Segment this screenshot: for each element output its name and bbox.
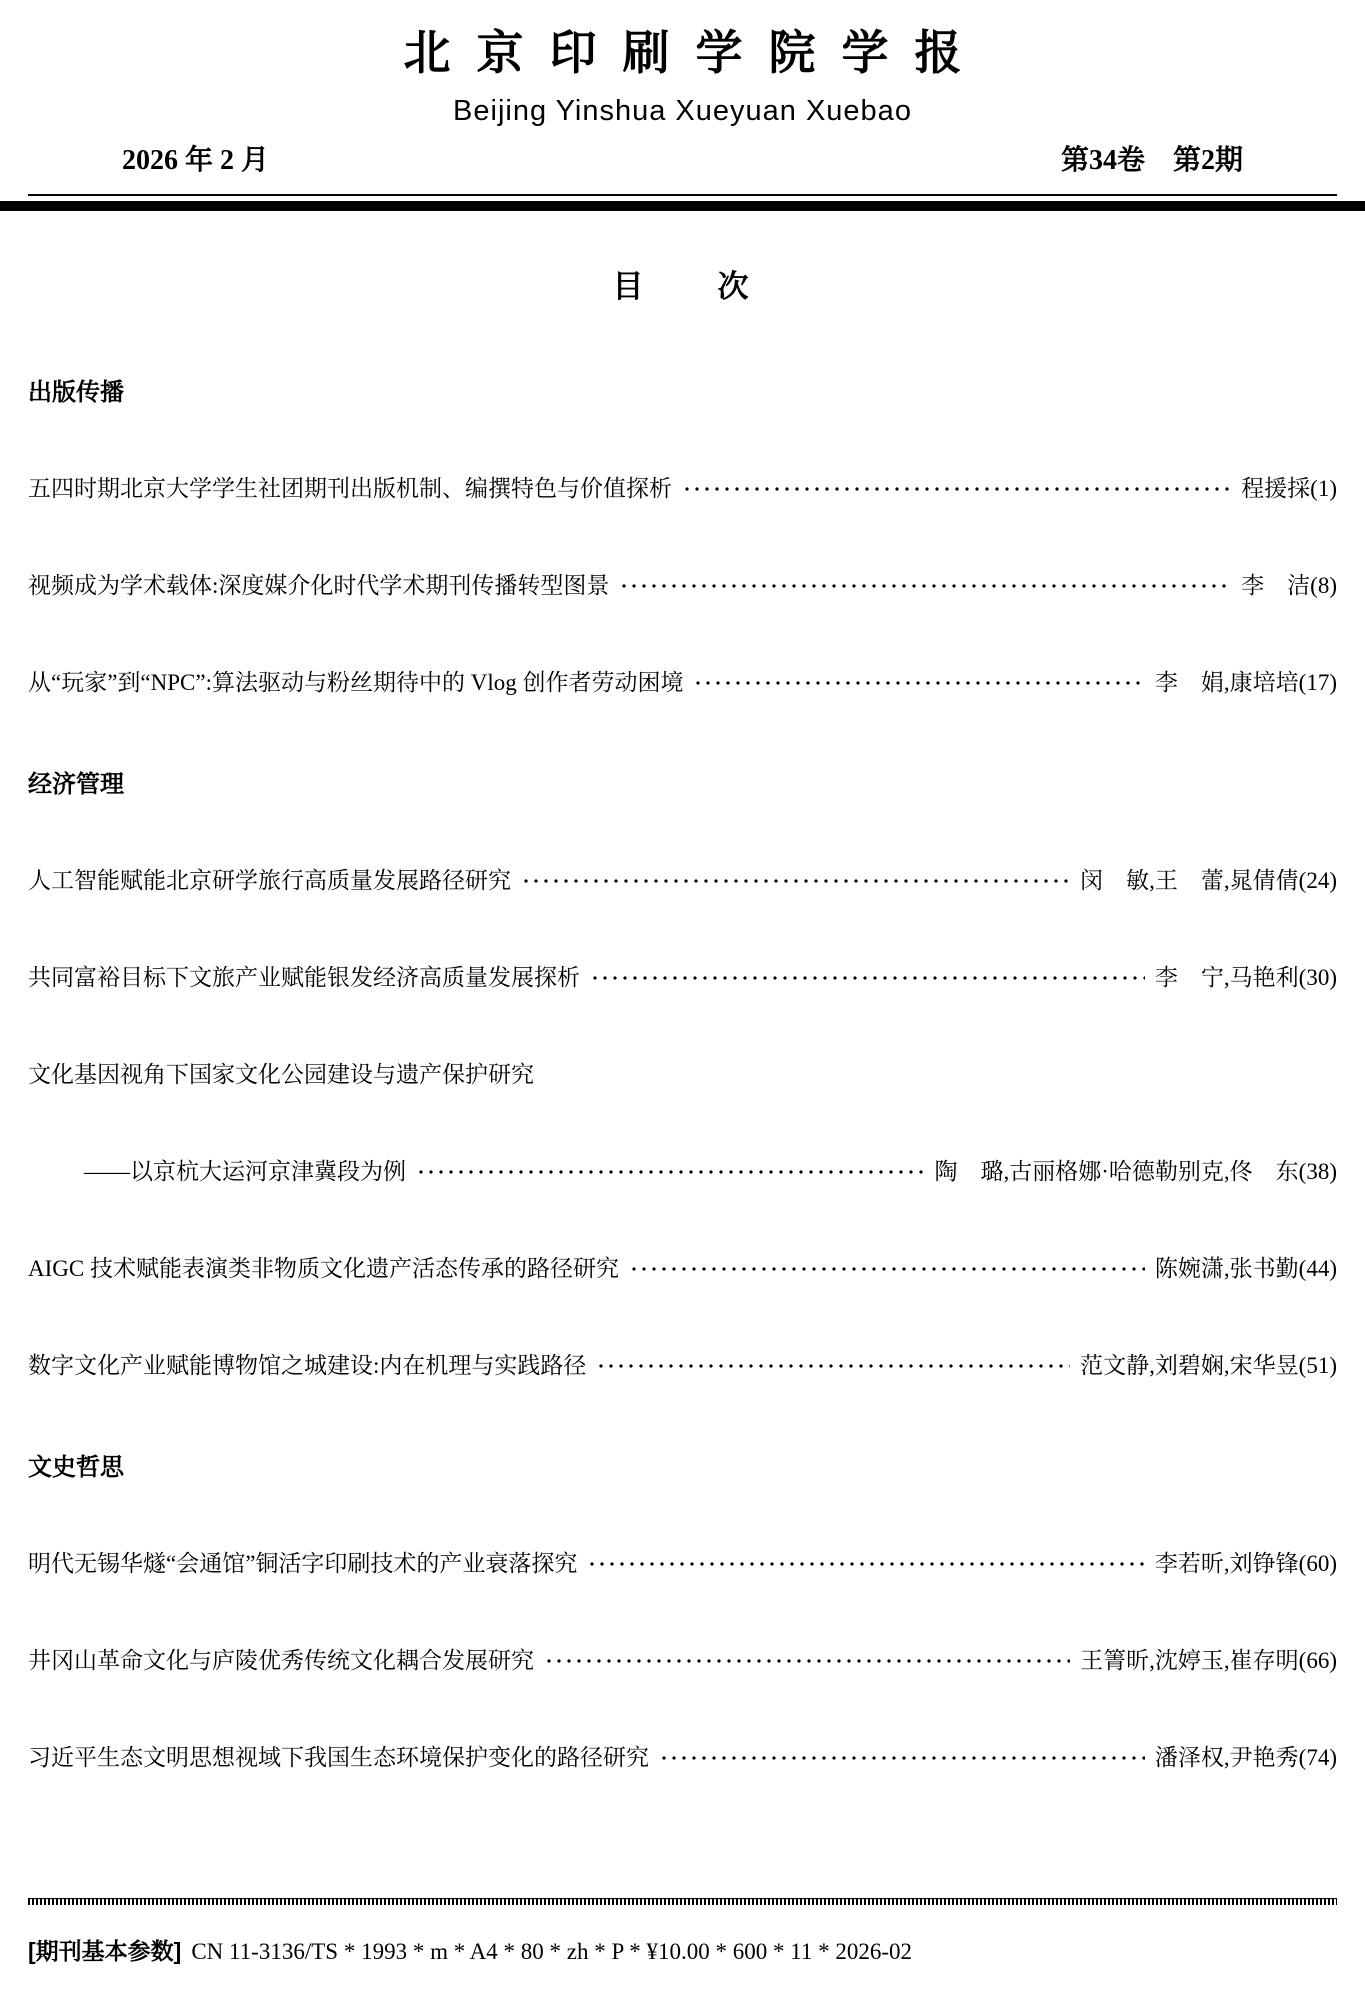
toc-entry: 视频成为学术载体:深度媒介化时代学术期刊传播转型图景 李 洁(8): [28, 570, 1337, 601]
dot-leader: [682, 473, 1231, 504]
section-heading-publishing: 出版传播: [28, 372, 1337, 407]
header-rule-thick: [0, 201, 1365, 211]
dot-leader: [416, 1156, 925, 1187]
entry-title: 文化基因视角下国家文化公园建设与遗产保护研究: [28, 1059, 534, 1090]
dot-leader: [587, 1548, 1145, 1579]
entry-title: 共同富裕目标下文旅产业赋能银发经济高质量发展探析: [28, 962, 580, 993]
toc: 出版传播 五四时期北京大学学生社团期刊出版机制、编撰特色与价值探析 程援採(1)…: [0, 372, 1365, 1773]
toc-entry-title-only: 文化基因视角下国家文化公园建设与遗产保护研究: [28, 1059, 1337, 1090]
entry-title: 人工智能赋能北京研学旅行高质量发展路径研究: [28, 865, 511, 896]
toc-entry: 明代无锡华燧“会通馆”铜活字印刷技术的产业衰落探究 李若昕,刘铮锋(60): [28, 1548, 1337, 1579]
header-rule-thin: [28, 194, 1337, 196]
dot-leader: [659, 1742, 1145, 1773]
toc-entry: 共同富裕目标下文旅产业赋能银发经济高质量发展探析 李 宁,马艳利(30): [28, 962, 1337, 993]
entry-authors: 李 娟,康培培(17): [1155, 667, 1337, 698]
journal-params: [期刊基本参数] CN 11-3136/TS * 1993 * m * A4 *…: [28, 1933, 1337, 1966]
entry-title: 井冈山革命文化与庐陵优秀传统文化耦合发展研究: [28, 1645, 534, 1676]
issue-dateline: 2026 年 2 月 第34卷 第2期: [0, 138, 1365, 178]
dot-leader: [596, 1350, 1070, 1381]
issue-date: 2026 年 2 月: [122, 138, 269, 178]
entry-authors: 李 洁(8): [1241, 570, 1337, 601]
dot-leader: [693, 667, 1144, 698]
entry-title: 视频成为学术载体:深度媒介化时代学术期刊传播转型图景: [28, 570, 609, 601]
footer-rule: [28, 1898, 1337, 1905]
entry-title: 习近平生态文明思想视域下我国生态环境保护变化的路径研究: [28, 1742, 649, 1773]
toc-entry: 从“玩家”到“NPC”:算法驱动与粉丝期待中的 Vlog 创作者劳动困境 李 娟…: [28, 667, 1337, 698]
dot-leader: [629, 1253, 1145, 1284]
journal-params-label: [期刊基本参数]: [28, 1933, 181, 1966]
journal-footer: [期刊基本参数] CN 11-3136/TS * 1993 * m * A4 *…: [28, 1898, 1337, 1966]
entry-title: ——以京杭大运河京津冀段为例: [84, 1156, 406, 1187]
entry-title: 数字文化产业赋能博物馆之城建设:内在机理与实践路径: [28, 1350, 586, 1381]
journal-title-pinyin: Beijing Yinshua Xueyuan Xuebao: [0, 95, 1365, 128]
entry-authors: 陶 璐,古丽格娜·哈德勒别克,佟 东(38): [935, 1156, 1337, 1187]
entry-title: 五四时期北京大学学生社团期刊出版机制、编撰特色与价值探析: [28, 473, 672, 504]
entry-authors: 李若昕,刘铮锋(60): [1155, 1548, 1337, 1579]
toc-entry: 习近平生态文明思想视域下我国生态环境保护变化的路径研究 潘泽权,尹艳秀(74): [28, 1742, 1337, 1773]
toc-entry: 五四时期北京大学学生社团期刊出版机制、编撰特色与价值探析 程援採(1): [28, 473, 1337, 504]
journal-params-value: CN 11-3136/TS * 1993 * m * A4 * 80 * zh …: [191, 1939, 912, 1965]
section-heading-economics: 经济管理: [28, 764, 1337, 799]
dot-leader: [544, 1645, 1070, 1676]
dot-leader: [521, 865, 1070, 896]
entry-authors: 王箐昕,沈婷玉,崔存明(66): [1080, 1645, 1337, 1676]
dot-leader: [619, 570, 1231, 601]
toc-title: 目 次: [0, 261, 1365, 306]
volume-issue: 第34卷 第2期: [1061, 138, 1243, 178]
entry-authors: 潘泽权,尹艳秀(74): [1155, 1742, 1337, 1773]
entry-authors: 程援採(1): [1241, 473, 1337, 504]
dot-leader: [590, 962, 1145, 993]
journal-title: 北京印刷学院学报: [0, 16, 1365, 83]
entry-title: 从“玩家”到“NPC”:算法驱动与粉丝期待中的 Vlog 创作者劳动困境: [28, 667, 683, 698]
journal-header: 北京印刷学院学报 Beijing Yinshua Xueyuan Xuebao …: [0, 0, 1365, 211]
entry-authors: 李 宁,马艳利(30): [1155, 962, 1337, 993]
entry-authors: 范文静,刘碧娴,宋华昱(51): [1080, 1350, 1337, 1381]
toc-entry: 数字文化产业赋能博物馆之城建设:内在机理与实践路径 范文静,刘碧娴,宋华昱(51…: [28, 1350, 1337, 1381]
toc-entry: 井冈山革命文化与庐陵优秀传统文化耦合发展研究 王箐昕,沈婷玉,崔存明(66): [28, 1645, 1337, 1676]
entry-authors: 闵 敏,王 蕾,晁倩倩(24): [1080, 865, 1337, 896]
toc-entry: 人工智能赋能北京研学旅行高质量发展路径研究 闵 敏,王 蕾,晁倩倩(24): [28, 865, 1337, 896]
entry-title: 明代无锡华燧“会通馆”铜活字印刷技术的产业衰落探究: [28, 1548, 577, 1579]
section-heading-history: 文史哲思: [28, 1447, 1337, 1482]
toc-entry-subtitle: ——以京杭大运河京津冀段为例 陶 璐,古丽格娜·哈德勒别克,佟 东(38): [28, 1156, 1337, 1187]
entry-authors: 陈婉潇,张书勤(44): [1155, 1253, 1337, 1284]
entry-title: AIGC 技术赋能表演类非物质文化遗产活态传承的路径研究: [28, 1253, 619, 1284]
toc-entry: AIGC 技术赋能表演类非物质文化遗产活态传承的路径研究 陈婉潇,张书勤(44): [28, 1253, 1337, 1284]
